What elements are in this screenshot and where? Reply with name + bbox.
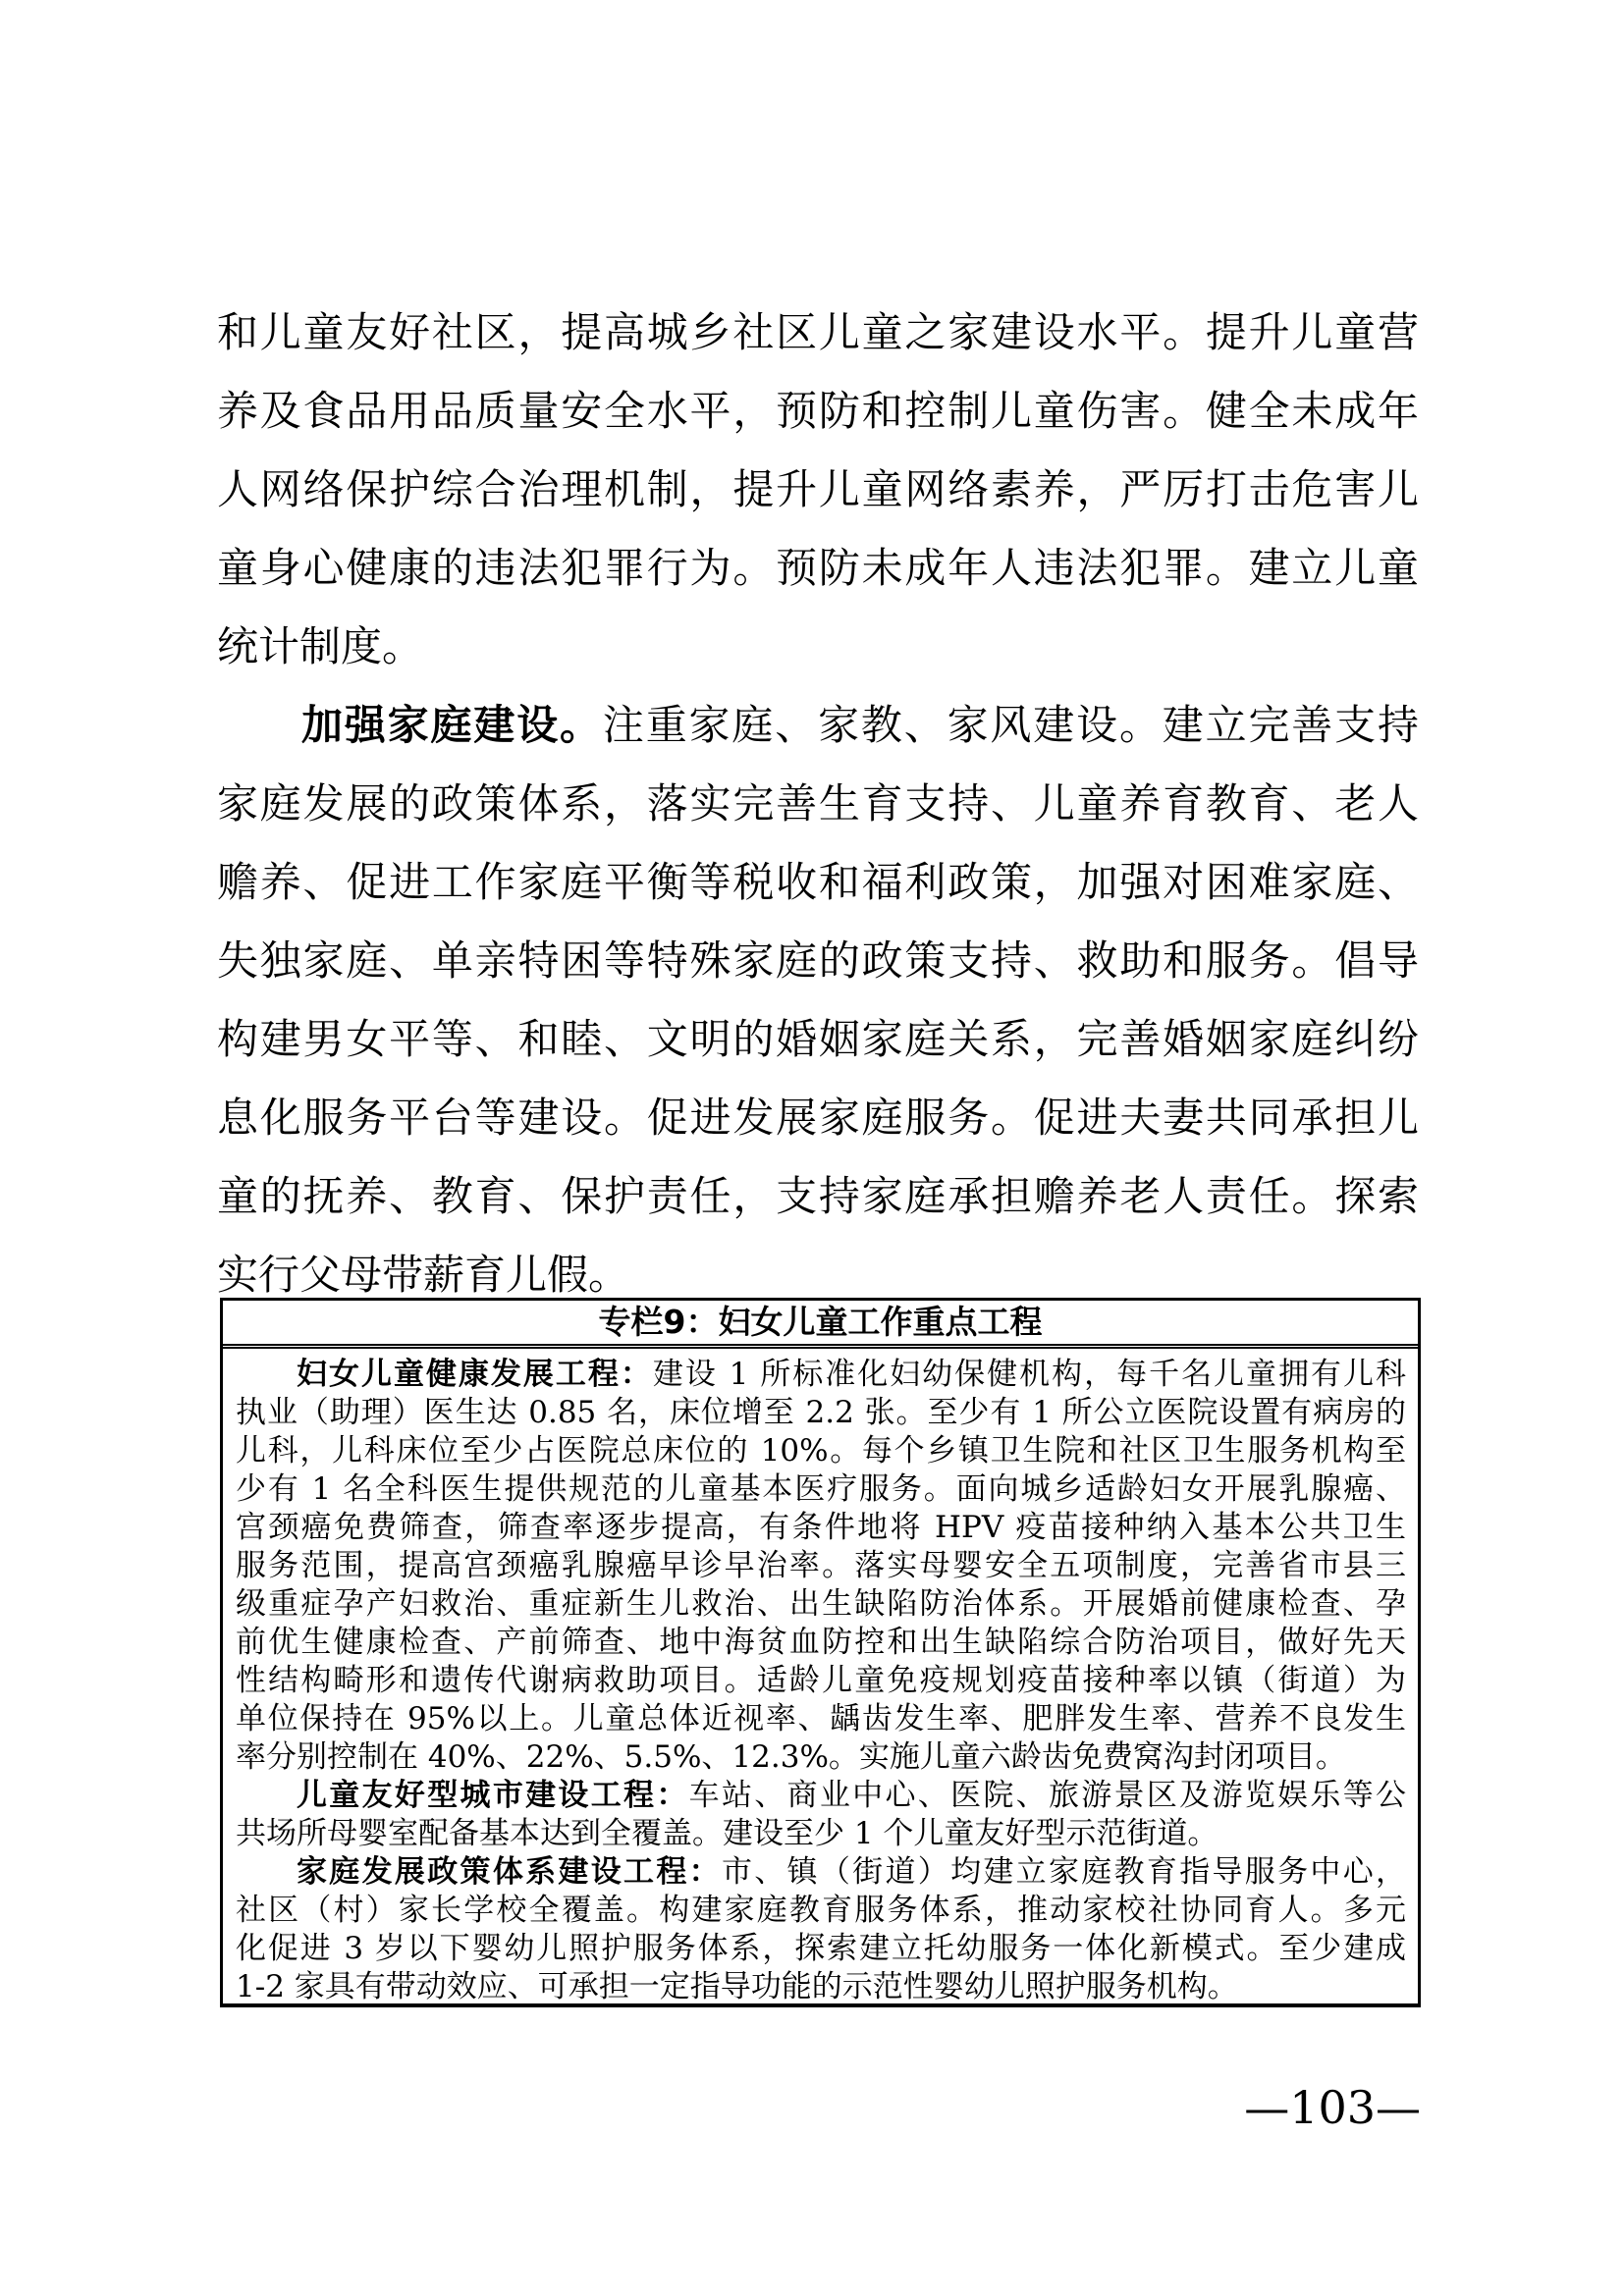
panel-text-line: 社区（村）家长学校全覆盖。构建家庭教育服务体系，推动家校社协同育人。多元	[236, 1892, 1406, 1930]
body-text-line: 加强家庭建设。注重家庭、家教、家风建设。建立完善支持	[217, 686, 1419, 765]
page-number: —103—	[1244, 2083, 1421, 2132]
panel-title: 专栏9：妇女儿童工作重点工程	[223, 1301, 1418, 1349]
panel-text-line: 率分别控制在 40%、22%、5.5%、12.3%。实施儿童六龄齿免费窝沟封闭项…	[236, 1738, 1406, 1777]
panel-text-line: 家庭发展政策体系建设工程：市、镇（街道）均建立家庭教育指导服务中心，	[236, 1853, 1406, 1892]
panel-text-line: 服务范围，提高宫颈癌乳腺癌早诊早治率。落实母婴安全五项制度，完善省市县三	[236, 1547, 1406, 1585]
panel-text-line: 儿科，儿科床位至少占医院总床位的 10%。每个乡镇卫生院和社区卫生服务机构至	[236, 1432, 1406, 1470]
panel-text-line: 前优生健康检查、产前筛查、地中海贫血防控和出生缺陷综合防治项目，做好先天	[236, 1624, 1406, 1662]
document-page: 和儿童友好社区，提高城乡社区儿童之家建设水平。提升儿童营养及食品用品质量安全水平…	[0, 0, 1624, 2296]
panel-text-line: 单位保持在 95%以上。儿童总体近视率、龋齿发生率、肥胖发生率、营养不良发生	[236, 1700, 1406, 1738]
bold-lead-text: 妇女儿童健康发展工程：	[297, 1357, 653, 1392]
body-text-line: 人网络保护综合治理机制，提升儿童网络素养，严厉打击危害儿	[217, 451, 1419, 529]
bold-lead-text: 加强家庭建设。	[301, 701, 603, 749]
bold-lead-text: 儿童友好型城市建设工程：	[297, 1778, 689, 1813]
panel-text-line: 少有 1 名全科医生提供规范的儿童基本医疗服务。面向城乡适龄妇女开展乳腺癌、	[236, 1470, 1406, 1509]
body-text-line: 家庭发展的政策体系，落实完善生育支持、儿童养育教育、老人	[217, 765, 1419, 843]
panel-text-line: 1-2 家具有带动效应、可承担一定指导功能的示范性婴幼儿照护服务机构。	[236, 1968, 1406, 2006]
panel-body: 妇女儿童健康发展工程：建设 1 所标准化妇幼保健机构，每千名儿童拥有儿科执业（助…	[223, 1349, 1418, 2006]
body-text: 和儿童友好社区，提高城乡社区儿童之家建设水平。提升儿童营养及食品用品质量安全水平…	[217, 294, 1419, 1314]
body-text-line: 构建男女平等、和睦、文明的婚姻家庭关系，完善婚姻家庭纠纷	[217, 1000, 1419, 1079]
body-text-line: 失独家庭、单亲特困等特殊家庭的政策支持、救助和服务。倡导	[217, 922, 1419, 1000]
panel-text-line: 化促进 3 岁以下婴幼儿照护服务体系，探索建立托幼服务一体化新模式。至少建成	[236, 1930, 1406, 1968]
body-text-line: 童身心健康的违法犯罪行为。预防未成年人违法犯罪。建立儿童	[217, 529, 1419, 608]
panel-text-line: 执业（助理）医生达 0.85 名，床位增至 2.2 张。至少有 1 所公立医院设…	[236, 1394, 1406, 1432]
panel-text-line: 妇女儿童健康发展工程：建设 1 所标准化妇幼保健机构，每千名儿童拥有儿科	[236, 1356, 1406, 1394]
body-text-line: 童的抚养、教育、保护责任，支持家庭承担赡养老人责任。探索	[217, 1157, 1419, 1236]
body-text-line: 养及食品用品质量安全水平，预防和控制儿童伤害。健全未成年	[217, 372, 1419, 451]
panel-text-line: 儿童友好型城市建设工程：车站、商业中心、医院、旅游景区及游览娱乐等公	[236, 1777, 1406, 1815]
body-text-line: 和儿童友好社区，提高城乡社区儿童之家建设水平。提升儿童营	[217, 294, 1419, 372]
body-text-line: 统计制度。	[217, 608, 1419, 686]
column9-panel: 专栏9：妇女儿童工作重点工程 妇女儿童健康发展工程：建设 1 所标准化妇幼保健机…	[220, 1298, 1421, 2007]
panel-text-line: 级重症孕产妇救治、重症新生儿救治、出生缺陷防治体系。开展婚前健康检查、孕	[236, 1585, 1406, 1624]
panel-text-line: 宫颈癌免费筛查，筛查率逐步提高，有条件地将 HPV 疫苗接种纳入基本公共卫生	[236, 1509, 1406, 1547]
body-text-line: 赡养、促进工作家庭平衡等税收和福利政策，加强对困难家庭、	[217, 843, 1419, 922]
panel-text-line: 性结构畸形和遗传代谢病救助项目。适龄儿童免疫规划疫苗接种率以镇（街道）为	[236, 1662, 1406, 1700]
bold-lead-text: 家庭发展政策体系建设工程：	[297, 1854, 722, 1890]
body-text-line: 息化服务平台等建设。促进发展家庭服务。促进夫妻共同承担儿	[217, 1079, 1419, 1157]
panel-text-line: 共场所母婴室配备基本达到全覆盖。建设至少 1 个儿童友好型示范街道。	[236, 1815, 1406, 1853]
